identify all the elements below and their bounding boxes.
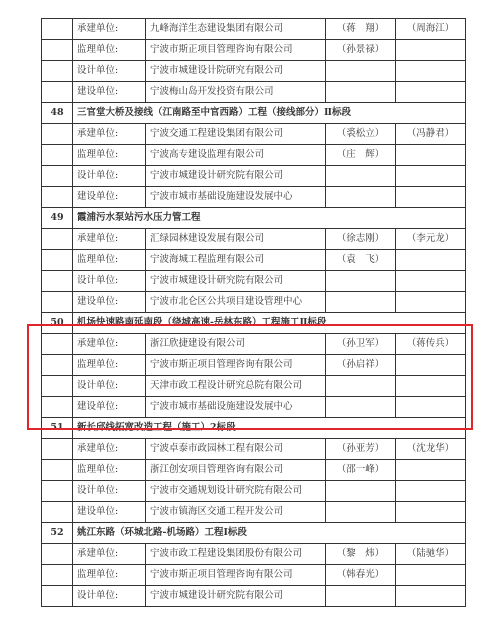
person-secondary bbox=[396, 82, 466, 103]
company-name: 宁波市斯正项目管理咨询有限公司 bbox=[146, 565, 326, 586]
person-primary: （徐志刚） bbox=[326, 229, 396, 250]
person-secondary bbox=[396, 271, 466, 292]
table-row: 设计单位: 宁波市交通规划设计研究院有限公司 bbox=[42, 481, 466, 502]
row-number-cell bbox=[42, 502, 73, 523]
section-title: 新长邱线拓宽改造工程（施工）2标段 bbox=[73, 418, 466, 439]
row-number-cell bbox=[42, 565, 73, 586]
company-name: 浙江创安项目管理咨询有限公司 bbox=[146, 460, 326, 481]
table-row: 承建单位: 浙江欣捷建设有限公司 （孙卫军） （蒋传兵） bbox=[42, 334, 466, 355]
person-primary: （邵一峰） bbox=[326, 460, 396, 481]
person-secondary bbox=[396, 586, 466, 607]
person-secondary bbox=[396, 481, 466, 502]
role-label: 承建单位: bbox=[73, 19, 146, 40]
company-name: 宁波市城建设计研究院有限公司 bbox=[146, 586, 326, 607]
table-row: 承建单位: 宁波交通工程建设集团有限公司 （裘松立） （冯静君） bbox=[42, 124, 466, 145]
row-number-cell bbox=[42, 397, 73, 418]
role-label: 承建单位: bbox=[73, 229, 146, 250]
table-row: 设计单位: 宁波市城建设计研究院有限公司 bbox=[42, 586, 466, 607]
person-primary bbox=[326, 271, 396, 292]
person-primary bbox=[326, 376, 396, 397]
role-label: 监理单位: bbox=[73, 250, 146, 271]
document-page: 承建单位: 九峰海洋生态建设集团有限公司 （蒋 翔） （周海江） 监理单位: 宁… bbox=[0, 0, 500, 636]
section-header-row: 51 新长邱线拓宽改造工程（施工）2标段 bbox=[42, 418, 466, 439]
person-secondary: （陆驰华） bbox=[396, 544, 466, 565]
table-row: 设计单位: 天津市政工程设计研究总院有限公司 bbox=[42, 376, 466, 397]
person-secondary: （李元龙） bbox=[396, 229, 466, 250]
section-header-row: 49 霞浦污水泵站污水压力管工程 bbox=[42, 208, 466, 229]
person-primary bbox=[326, 166, 396, 187]
role-label: 监理单位: bbox=[73, 565, 146, 586]
company-name: 宁波高专建设监理有限公司 bbox=[146, 145, 326, 166]
table-row: 监理单位: 宁波市斯正项目管理咨询有限公司 （孙景禄） bbox=[42, 40, 466, 61]
person-primary: （庄 辉） bbox=[326, 145, 396, 166]
table-row: 监理单位: 宁波海城工程监理有限公司 （袁 飞） bbox=[42, 250, 466, 271]
row-number-cell bbox=[42, 355, 73, 376]
company-name: 宁波市北仑区公共项目建设管理中心 bbox=[146, 292, 326, 313]
role-label: 设计单位: bbox=[73, 271, 146, 292]
row-number-cell bbox=[42, 82, 73, 103]
row-number-cell bbox=[42, 460, 73, 481]
row-number-cell bbox=[42, 292, 73, 313]
section-number: 48 bbox=[42, 103, 73, 124]
company-name: 宁波市城市基础设施建设发展中心 bbox=[146, 187, 326, 208]
person-secondary bbox=[396, 502, 466, 523]
row-number-cell bbox=[42, 40, 73, 61]
role-label: 承建单位: bbox=[73, 334, 146, 355]
company-name: 宁波市城市基础设施建设发展中心 bbox=[146, 397, 326, 418]
role-label: 建设单位: bbox=[73, 292, 146, 313]
table-row: 建设单位: 宁波梅山岛开发投资有限公司 bbox=[42, 82, 466, 103]
company-name: 宁波梅山岛开发投资有限公司 bbox=[146, 82, 326, 103]
person-secondary bbox=[396, 292, 466, 313]
section-title: 姚江东路（环城北路-机场路）工程Ⅰ标段 bbox=[73, 523, 466, 544]
company-name: 宁波市城建设计研究院有限公司 bbox=[146, 271, 326, 292]
person-primary: （黎 炜） bbox=[326, 544, 396, 565]
project-roster-table: 承建单位: 九峰海洋生态建设集团有限公司 （蒋 翔） （周海江） 监理单位: 宁… bbox=[41, 18, 466, 607]
role-label: 设计单位: bbox=[73, 481, 146, 502]
row-number-cell bbox=[42, 19, 73, 40]
role-label: 承建单位: bbox=[73, 544, 146, 565]
role-label: 设计单位: bbox=[73, 586, 146, 607]
role-label: 设计单位: bbox=[73, 166, 146, 187]
role-label: 建设单位: bbox=[73, 187, 146, 208]
role-label: 承建单位: bbox=[73, 124, 146, 145]
role-label: 监理单位: bbox=[73, 460, 146, 481]
person-primary: （孙亚芳） bbox=[326, 439, 396, 460]
table-row: 承建单位: 宁波市政工程建设集团股份有限公司 （黎 炜） （陆驰华） bbox=[42, 544, 466, 565]
table-row: 监理单位: 浙江创安项目管理咨询有限公司 （邵一峰） bbox=[42, 460, 466, 481]
row-number-cell bbox=[42, 439, 73, 460]
table-row: 承建单位: 汇绿园林建设发展有限公司 （徐志刚） （李元龙） bbox=[42, 229, 466, 250]
person-primary bbox=[326, 82, 396, 103]
person-primary bbox=[326, 292, 396, 313]
company-name: 九峰海洋生态建设集团有限公司 bbox=[146, 19, 326, 40]
row-number-cell bbox=[42, 334, 73, 355]
row-number-cell bbox=[42, 61, 73, 82]
person-primary: （裘松立） bbox=[326, 124, 396, 145]
company-name: 宁波市城建设计研究院有限公司 bbox=[146, 166, 326, 187]
person-secondary bbox=[396, 187, 466, 208]
person-secondary bbox=[396, 250, 466, 271]
person-secondary bbox=[396, 355, 466, 376]
section-title: 霞浦污水泵站污水压力管工程 bbox=[73, 208, 466, 229]
table-row: 设计单位: 宁波市城建设计研究院有限公司 bbox=[42, 166, 466, 187]
company-name: 宁波市城建设计院研究有限公司 bbox=[146, 61, 326, 82]
table-row: 监理单位: 宁波市斯正项目管理咨询有限公司 （孙启祥） bbox=[42, 355, 466, 376]
section-number: 52 bbox=[42, 523, 73, 544]
person-primary: （孙卫军） bbox=[326, 334, 396, 355]
company-name: 天津市政工程设计研究总院有限公司 bbox=[146, 376, 326, 397]
row-number-cell bbox=[42, 481, 73, 502]
table-row: 建设单位: 宁波市城市基础设施建设发展中心 bbox=[42, 397, 466, 418]
row-number-cell bbox=[42, 271, 73, 292]
person-primary bbox=[326, 481, 396, 502]
person-secondary bbox=[396, 565, 466, 586]
role-label: 承建单位: bbox=[73, 439, 146, 460]
role-label: 监理单位: bbox=[73, 355, 146, 376]
person-primary bbox=[326, 502, 396, 523]
person-primary: （蒋 翔） bbox=[326, 19, 396, 40]
table-row: 承建单位: 宁波卓泰市政园林工程有限公司 （孙亚芳） （沈龙华） bbox=[42, 439, 466, 460]
person-primary: （袁 飞） bbox=[326, 250, 396, 271]
person-secondary: （沈龙华） bbox=[396, 439, 466, 460]
table-row: 设计单位: 宁波市城建设计研究院有限公司 bbox=[42, 271, 466, 292]
company-name: 宁波海城工程监理有限公司 bbox=[146, 250, 326, 271]
company-name: 宁波卓泰市政园林工程有限公司 bbox=[146, 439, 326, 460]
section-title: 三官堂大桥及接线（江南路至中官西路）工程（接线部分）Ⅱ标段 bbox=[73, 103, 466, 124]
table-row: 建设单位: 宁波市镇海区交通工程开发公司 bbox=[42, 502, 466, 523]
person-secondary: （蒋传兵） bbox=[396, 334, 466, 355]
person-primary bbox=[326, 397, 396, 418]
company-name: 浙江欣捷建设有限公司 bbox=[146, 334, 326, 355]
person-secondary bbox=[396, 460, 466, 481]
person-primary: （韩春光） bbox=[326, 565, 396, 586]
row-number-cell bbox=[42, 544, 73, 565]
section-number: 50 bbox=[42, 313, 73, 334]
row-number-cell bbox=[42, 586, 73, 607]
person-primary: （孙景禄） bbox=[326, 40, 396, 61]
table-row: 承建单位: 九峰海洋生态建设集团有限公司 （蒋 翔） （周海江） bbox=[42, 19, 466, 40]
role-label: 设计单位: bbox=[73, 376, 146, 397]
person-secondary bbox=[396, 61, 466, 82]
row-number-cell bbox=[42, 229, 73, 250]
person-primary: （孙启祥） bbox=[326, 355, 396, 376]
table-row: 监理单位: 宁波高专建设监理有限公司 （庄 辉） bbox=[42, 145, 466, 166]
row-number-cell bbox=[42, 376, 73, 397]
section-header-row: 52 姚江东路（环城北路-机场路）工程Ⅰ标段 bbox=[42, 523, 466, 544]
role-label: 设计单位: bbox=[73, 61, 146, 82]
section-header-row: 48 三官堂大桥及接线（江南路至中官西路）工程（接线部分）Ⅱ标段 bbox=[42, 103, 466, 124]
row-number-cell bbox=[42, 250, 73, 271]
role-label: 建设单位: bbox=[73, 397, 146, 418]
role-label: 监理单位: bbox=[73, 145, 146, 166]
table-row: 建设单位: 宁波市城市基础设施建设发展中心 bbox=[42, 187, 466, 208]
company-name: 宁波市斯正项目管理咨询有限公司 bbox=[146, 40, 326, 61]
table-row: 设计单位: 宁波市城建设计院研究有限公司 bbox=[42, 61, 466, 82]
company-name: 宁波交通工程建设集团有限公司 bbox=[146, 124, 326, 145]
company-name: 宁波市交通规划设计研究院有限公司 bbox=[146, 481, 326, 502]
person-secondary bbox=[396, 145, 466, 166]
table-row: 建设单位: 宁波市北仑区公共项目建设管理中心 bbox=[42, 292, 466, 313]
company-name: 宁波市政工程建设集团股份有限公司 bbox=[146, 544, 326, 565]
section-number: 51 bbox=[42, 418, 73, 439]
row-number-cell bbox=[42, 166, 73, 187]
section-number: 49 bbox=[42, 208, 73, 229]
person-primary bbox=[326, 187, 396, 208]
role-label: 建设单位: bbox=[73, 82, 146, 103]
role-label: 监理单位: bbox=[73, 40, 146, 61]
row-number-cell bbox=[42, 124, 73, 145]
person-secondary bbox=[396, 40, 466, 61]
section-header-row: 50 机场快速路南延南段（绕城高速-岳林东路）工程施工Ⅱ标段 bbox=[42, 313, 466, 334]
row-number-cell bbox=[42, 187, 73, 208]
company-name: 宁波市镇海区交通工程开发公司 bbox=[146, 502, 326, 523]
company-name: 宁波市斯正项目管理咨询有限公司 bbox=[146, 355, 326, 376]
table-row: 监理单位: 宁波市斯正项目管理咨询有限公司 （韩春光） bbox=[42, 565, 466, 586]
company-name: 汇绿园林建设发展有限公司 bbox=[146, 229, 326, 250]
row-number-cell bbox=[42, 145, 73, 166]
section-title: 机场快速路南延南段（绕城高速-岳林东路）工程施工Ⅱ标段 bbox=[73, 313, 466, 334]
role-label: 建设单位: bbox=[73, 502, 146, 523]
person-secondary: （周海江） bbox=[396, 19, 466, 40]
person-primary bbox=[326, 61, 396, 82]
person-primary bbox=[326, 586, 396, 607]
person-secondary bbox=[396, 376, 466, 397]
person-secondary bbox=[396, 397, 466, 418]
person-secondary bbox=[396, 166, 466, 187]
person-secondary: （冯静君） bbox=[396, 124, 466, 145]
